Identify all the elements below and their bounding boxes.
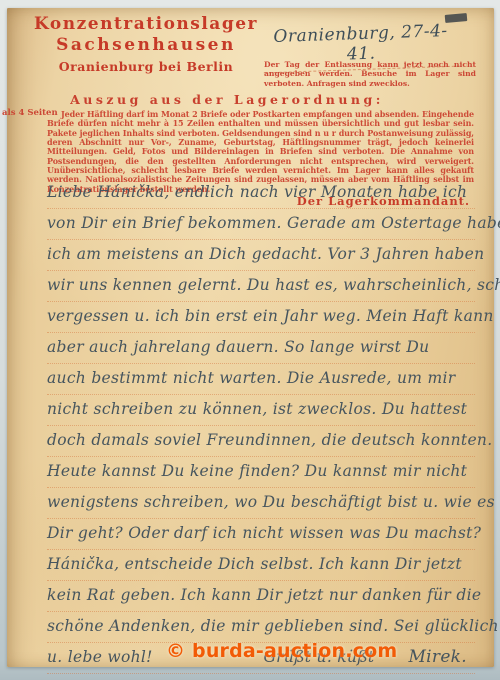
letter-line: kein Rat geben. Ich kann Dir jetzt nur d… <box>47 581 475 612</box>
release-notice: Der Tag der Entlassung kann jetzt noch n… <box>264 60 476 88</box>
regulations-title: Auszug aus der Lagerordnung: <box>47 92 407 107</box>
letter-line: von Dir ein Brief bekommen. Gerade am Os… <box>47 209 475 240</box>
letterhead-camp-name: Sachsenhausen <box>27 35 265 55</box>
letter-line: auch bestimmt nicht warten. Die Ausrede,… <box>47 364 475 395</box>
sender-signature: Mirek. <box>408 643 467 672</box>
letter-line: nicht schreiben zu können, ist zwecklos.… <box>47 395 475 426</box>
letterhead-camp-location: Oranienburg bei Berlin <box>27 59 265 74</box>
letter-line: Dir geht? Oder darf ich nicht wissen was… <box>47 519 475 550</box>
letter-line: Liebe Hánička, endlich nach vier Monaten… <box>47 178 475 209</box>
letter-line: doch damals soviel Freundinnen, die deut… <box>47 426 475 457</box>
letter-line: Heute kannst Du keine finden? Du kannst … <box>47 457 475 488</box>
letter-line: aber auch jahrelang dauern. So lange wir… <box>47 333 475 364</box>
letter-farewell: u. lebe wohl! <box>47 643 153 672</box>
letterhead-camp-type: Konzentrationslager <box>27 14 265 34</box>
letter-line: vergessen u. ich bin erst ein Jahr weg. … <box>47 302 475 333</box>
letter-line: wir uns kennen gelernt. Du hast es, wahr… <box>47 271 475 302</box>
letter-line: Hánička, entscheide Dich selbst. Ich kan… <box>47 550 475 581</box>
letter-line: wenigstens schreiben, wo Du beschäftigt … <box>47 488 475 519</box>
letter-line: schöne Andenken, die mir geblieben sind.… <box>47 612 475 643</box>
letter-line: ich am meistens an Dich gedacht. Vor 3 J… <box>47 240 475 271</box>
censor-mark <box>445 13 468 23</box>
letter-sheet: Konzentrationslager Sachsenhausen Oranie… <box>7 8 494 667</box>
auction-watermark: © burda-auction.com <box>166 640 397 662</box>
handwritten-letter: Liebe Hánička, endlich nach vier Monaten… <box>47 178 475 674</box>
auction-photo: Konzentrationslager Sachsenhausen Oranie… <box>0 0 500 680</box>
camp-letterhead: Konzentrationslager Sachsenhausen Oranie… <box>27 14 265 74</box>
